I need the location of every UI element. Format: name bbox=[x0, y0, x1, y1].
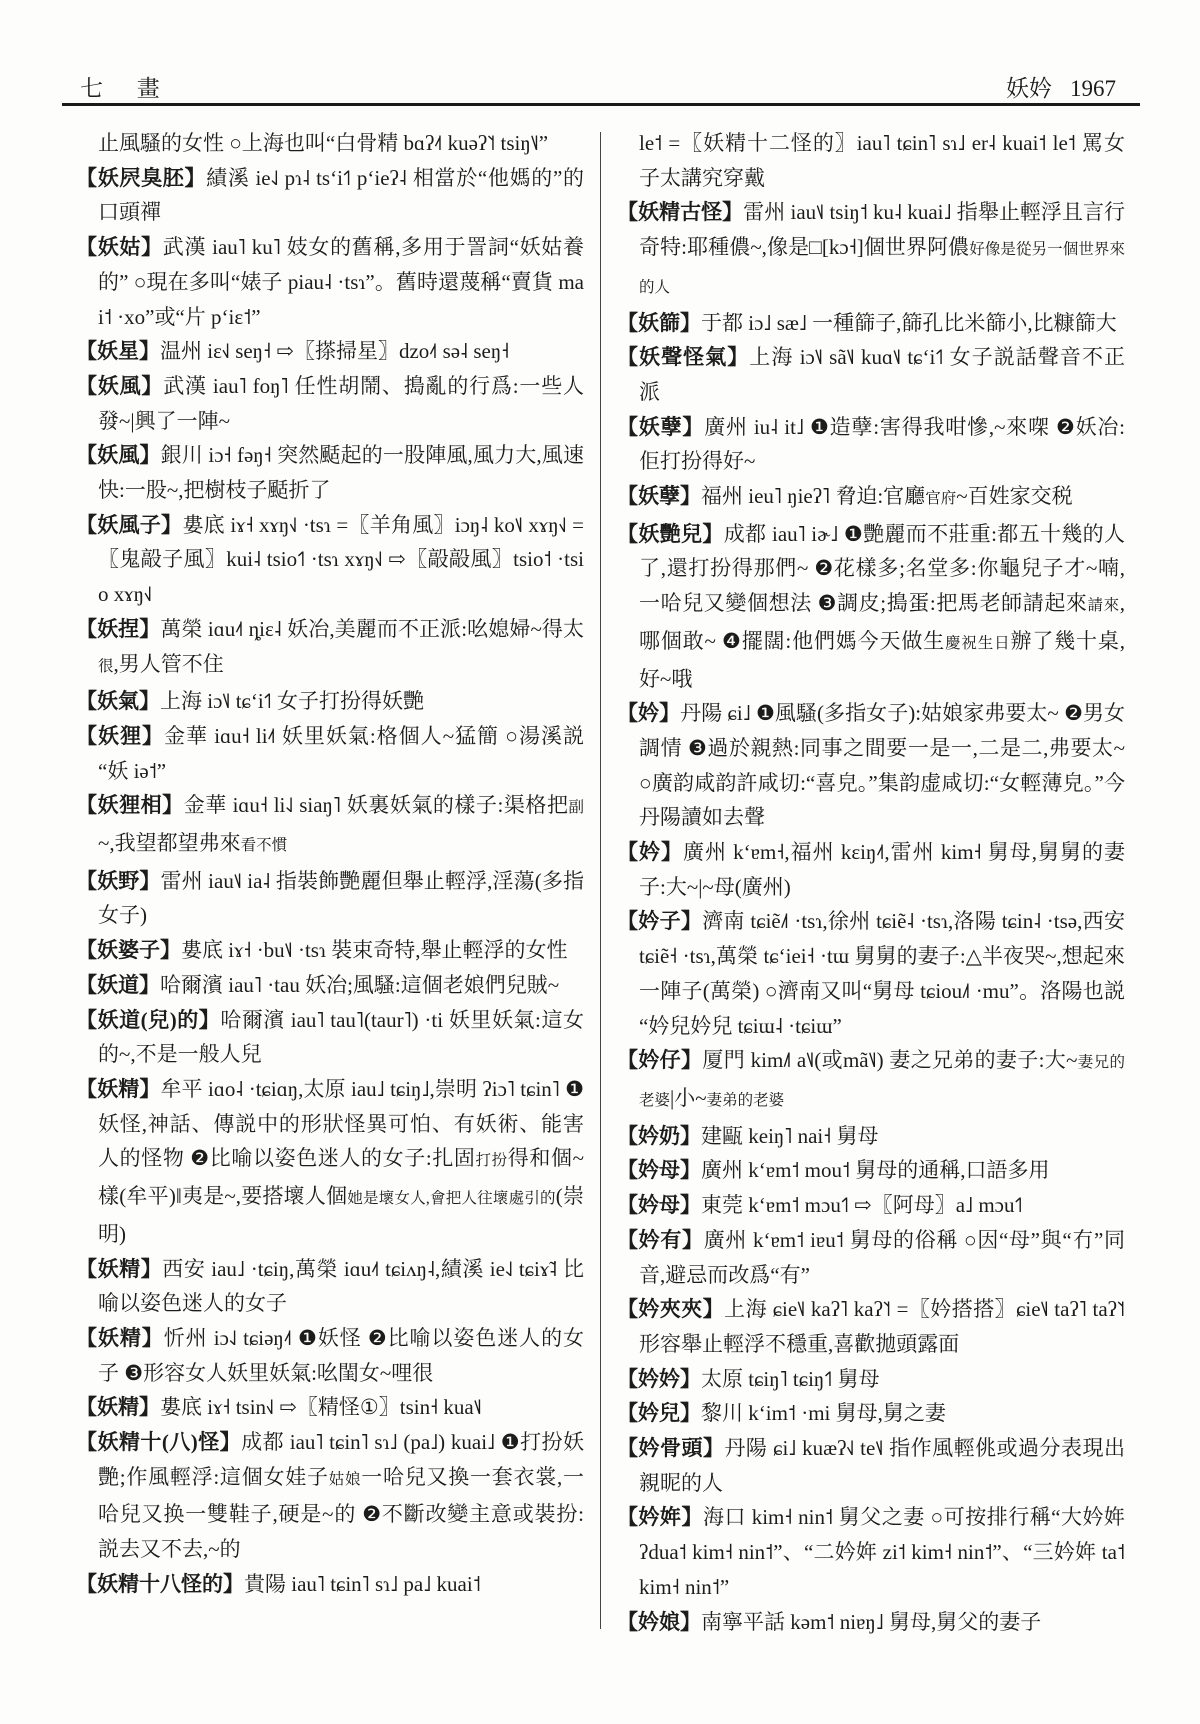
dict-entry: 【妗兒】黎川 kʻim˦ ·mi 舅母,舅之妻 bbox=[617, 1396, 1125, 1431]
entry-text: 哈爾濱 iau˥ ·tau 妖冶;風騷:這個老娘們兒賊~ bbox=[160, 973, 559, 997]
dict-entry: 【妖精】西安 iau˩ ·tɕiŋ,萬榮 iɑu˨˦ tɕiʌŋ˨,績溪 ie˨… bbox=[76, 1252, 584, 1321]
dictionary-page: 七 畫 妖妗1967 止風騷的女性 ○上海也叫“白骨精 bɑʔ˨˦ kuəʔ˥˦… bbox=[0, 0, 1200, 1724]
dict-entry: 【妗母】廣州 kʻɐm˦ mou˦ 舅母的通稱,口語多用 bbox=[617, 1153, 1125, 1188]
dict-entry: 【妖風子】婁底 iɤ˧ xɤŋ˧˩ ·tsɿ =〖羊角風〗iɔŋ˨ ko˦˩ x… bbox=[76, 508, 584, 612]
dict-entry: 【妖艷兒】成都 iau˥ iɚ˩ ❶艷麗而不莊重:都五十幾的人了,還打扮得那們~… bbox=[617, 517, 1125, 697]
entry-text: 福州 ieu˥ ŋieʔ˥ 脅迫:官廳 bbox=[701, 484, 925, 508]
dict-entry: 【妗】廣州 kʻɐm˧,福州 kɛiŋ˨˦,雷州 kim˧ 舅母,舅舅的妻子:大… bbox=[617, 835, 1125, 904]
headword: 【妖風】 bbox=[76, 374, 163, 398]
headword: 【妖精十八怪的】 bbox=[76, 1572, 244, 1596]
headword: 【妗仔】 bbox=[617, 1048, 702, 1072]
dict-entry: 【妖孽】廣州 iu˨ it˩ ❶造孽:害得我咁慘,~來㗎 ❷妖冶:佢打扮得好~ bbox=[617, 410, 1125, 479]
entry-text: 忻州 iɔ˨˩ tɕiəŋ˨˦ ❶妖怪 ❷比喻以姿色迷人的女子 ❸形容女人妖里妖… bbox=[98, 1326, 584, 1385]
dict-entry: 【妖精古怪】雷州 iau˦˩ tsiŋ˦ ku˨ kuai˩ 指舉止輕浮且言行奇… bbox=[617, 195, 1125, 305]
headword: 【妖精】 bbox=[76, 1395, 160, 1419]
dict-entry: 【妗奶】建甌 keiŋ˥ nai˧ 舅母 bbox=[617, 1119, 1125, 1154]
entry-text: 上海 iɔ˥˩ tɕʻi˦˥ 女子打扮得妖艷 bbox=[160, 689, 424, 713]
entry-text: 金華 iɑu˧ li˨˦ 妖里妖氣:格個人~猛簡 ○湯溪説“妖 iə˦” bbox=[98, 724, 584, 783]
dict-entry: 【妖風】銀川 iɔ˧ fəŋ˧ 突然颳起的一股陣風,風力大,風速快:一股~,把樹… bbox=[76, 438, 584, 507]
headword: 【妖捏】 bbox=[76, 617, 160, 641]
headword: 【妖孽】 bbox=[617, 415, 704, 439]
headword: 【妗子】 bbox=[617, 909, 702, 933]
small-gloss: 妻弟的老婆 bbox=[707, 1092, 785, 1109]
dict-entry: 【妗母】東莞 kʻɐm˦ mɔu˦˥ ⇨〖阿母〗a˩ mɔu˦˥ bbox=[617, 1188, 1125, 1223]
page-number: 1967 bbox=[1070, 76, 1116, 101]
headword: 【妗娘】 bbox=[617, 1610, 701, 1634]
entry-text: 建甌 keiŋ˥ nai˧ 舅母 bbox=[701, 1124, 879, 1148]
dict-entry: 【妖精】婁底 iɤ˧ tsin˧˩ ⇨〖精怪①〗tsin˧ kua˦˩ bbox=[76, 1390, 584, 1425]
headword: 【妖星】 bbox=[76, 339, 160, 363]
entry-text: 黎川 kʻim˦ ·mi 舅母,舅之妻 bbox=[701, 1401, 946, 1425]
entry-text: le˦ =〖妖精十二怪的〗iau˥ tɕin˥ sɿ˩ er˨ kuai˦ le… bbox=[639, 131, 1125, 190]
header-right: 妖妗1967 bbox=[1006, 70, 1116, 103]
entry-text: 廣州 kʻɐm˧,福州 kɛiŋ˨˦,雷州 kim˧ 舅母,舅舅的妻子:大~|~… bbox=[639, 840, 1125, 899]
entry-text: 丹陽 ɕi˩ ❶風騷(多指女子):姑娘家弗要太~ ❷男女調情 ❸過於親熱:同事之… bbox=[639, 701, 1125, 829]
dict-entry: 【妖風】武漢 iau˥ foŋ˥ 任性胡鬧、搗亂的行爲:一些人發~|興了一陣~ bbox=[76, 369, 584, 438]
headword: 【妗奶】 bbox=[617, 1124, 701, 1148]
dict-entry: 【妖道(兒)的】哈爾濱 iau˥ tau˥(taur˥) ·ti 妖里妖氣:這女… bbox=[76, 1003, 584, 1072]
dict-entry: 【妗妗】太原 tɕiŋ˥ tɕiŋ˦˥ 舅母 bbox=[617, 1362, 1125, 1397]
headword: 【妖道(兒)的】 bbox=[76, 1008, 220, 1032]
headword: 【妖精十(八)怪】 bbox=[76, 1430, 241, 1454]
headword: 【妖精】 bbox=[76, 1326, 164, 1350]
entry-text: 武漢 iau˥ ku˥ 妓女的舊稱,多用于詈詞“妖姑養的” ○現在多叫“婊子 p… bbox=[98, 235, 584, 328]
headword: 【妗母】 bbox=[617, 1193, 701, 1217]
entry-text: 濟南 tɕiẽ˩˦ ·tsɿ,徐州 tɕiẽ˨ ·tsɿ,洛陽 tɕin˨ ·t… bbox=[639, 909, 1125, 1037]
dict-entry: 【妖捏】萬榮 iɑu˨˦ ȵiɛ˨ 妖冶,美麗而不正派:吆媳婦~得太很,男人管不… bbox=[76, 612, 584, 684]
headword: 【妖艷兒】 bbox=[617, 522, 724, 546]
headword: 【妖屄臭胚】 bbox=[76, 166, 206, 190]
entry-text: 廣州 kʻɐm˦ mou˦ 舅母的通稱,口語多用 bbox=[701, 1158, 1050, 1182]
dict-entry: 【妗有】廣州 kʻɐm˦ iɐu˦ 舅母的俗稱 ○因“母”與“冇”同音,避忌而改… bbox=[617, 1223, 1125, 1292]
small-gloss: 官府 bbox=[925, 490, 956, 507]
small-gloss: 副 bbox=[569, 799, 585, 816]
guide-word: 妖妗 bbox=[1006, 76, 1052, 101]
entry-text: 南寧平話 kəm˦ niɐŋ˩ 舅母,舅父的妻子 bbox=[701, 1610, 1041, 1634]
dict-entry: 【妖精十(八)怪】成都 iau˥ tɕin˥ sɿ˩ (pa˩) kuai˩ ❶… bbox=[76, 1425, 584, 1567]
headword: 【妗母】 bbox=[617, 1158, 701, 1182]
header-rule bbox=[62, 103, 1140, 106]
entry-text: 厦門 kim˩˥ a˥˩(或mã˥˩) 妻之兄弟的妻子:大~ bbox=[702, 1048, 1077, 1072]
headword: 【妗姩】 bbox=[617, 1505, 703, 1529]
entry-text: 東莞 kʻɐm˦ mɔu˦˥ ⇨〖阿母〗a˩ mɔu˦˥ bbox=[701, 1193, 1023, 1217]
small-gloss: 請來 bbox=[1088, 597, 1120, 614]
dict-entry: 【妖氣】上海 iɔ˥˩ tɕʻi˦˥ 女子打扮得妖艷 bbox=[76, 684, 584, 719]
headword: 【妖狸】 bbox=[76, 724, 164, 748]
entry-text: 海口 kim˧ nin˦ 舅父之妻 ○可按排行稱“大妗姩 ʔdua˦ kim˧ … bbox=[639, 1505, 1125, 1598]
entry-text: 金華 iɑu˧ li˨˩ siaŋ˥ 妖裏妖氣的樣子:渠格把 bbox=[184, 793, 569, 817]
dict-entry: 【妗】丹陽 ɕi˩ ❶風騷(多指女子):姑娘家弗要太~ ❷男女調情 ❸過於親熱:… bbox=[617, 696, 1125, 835]
section-label: 七 畫 bbox=[80, 70, 174, 103]
entry-text: 武漢 iau˥ foŋ˥ 任性胡鬧、搗亂的行爲:一些人發~|興了一陣~ bbox=[98, 374, 584, 433]
dict-entry: 【妖篩】于都 iɔ˩ sæ˩ 一種篩子,篩孔比米篩小,比糠篩大 bbox=[617, 306, 1125, 341]
headword: 【妖狸相】 bbox=[76, 793, 184, 817]
small-gloss: 慶祝生日 bbox=[945, 635, 1010, 652]
headword: 【妗骨頭】 bbox=[617, 1436, 724, 1460]
entry-text: 雷州 iau˦˩ ia˨ 指裝飾艷麗但舉止輕浮,淫蕩(多指女子) bbox=[98, 869, 584, 928]
page-content: 止風騷的女性 ○上海也叫“白骨精 bɑʔ˨˦ kuəʔ˥˦ tsiŋ˥˩”【妖屄… bbox=[76, 126, 1126, 1639]
dict-entry: 【妖野】雷州 iau˦˩ ia˨ 指裝飾艷麗但舉止輕浮,淫蕩(多指女子) bbox=[76, 864, 584, 933]
dict-entry: 【妖精】忻州 iɔ˨˩ tɕiəŋ˨˦ ❶妖怪 ❷比喻以姿色迷人的女子 ❸形容女… bbox=[76, 1321, 584, 1390]
dict-entry: 【妖姑】武漢 iau˥ ku˥ 妓女的舊稱,多用于詈詞“妖姑養的” ○現在多叫“… bbox=[76, 230, 584, 334]
headword: 【妖孽】 bbox=[617, 484, 701, 508]
small-gloss: 看不慣 bbox=[241, 837, 288, 854]
headword: 【妖姑】 bbox=[76, 235, 163, 259]
entry-text: 婁底 iɤ˧ ·bu˦˩ ·tsɿ 裝束奇特,舉止輕浮的女性 bbox=[181, 938, 567, 962]
dict-entry: 【妖聲怪氣】上海 iɔ˥˩ sã˥˩ kuɑ˦˩ tɕʻi˦˥ 女子説話聲音不正… bbox=[617, 340, 1125, 409]
dict-entry: 【妖星】温州 iɛ˧˩ seŋ˧ ⇨〖搽掃星〗dzo˨˦ sə˨ seŋ˧ bbox=[76, 334, 584, 369]
entry-text: 銀川 iɔ˧ fəŋ˧ 突然颳起的一股陣風,風力大,風速快:一股~,把樹枝子颳折… bbox=[98, 443, 584, 502]
headword: 【妗有】 bbox=[617, 1228, 704, 1252]
dict-entry: 【妖狸相】金華 iɑu˧ li˨˩ siaŋ˥ 妖裏妖氣的樣子:渠格把副~,我望… bbox=[76, 788, 584, 863]
headword: 【妖野】 bbox=[76, 869, 161, 893]
dict-entry: 【妗娘】南寧平話 kəm˦ niɐŋ˩ 舅母,舅父的妻子 bbox=[617, 1605, 1125, 1640]
entry-text: ,男人管不住 bbox=[114, 652, 224, 676]
dict-entry: 【妖精】牟平 iɑo˨ ·tɕiɑŋ,太原 iau˩ tɕiŋ˩,崇明 ʔiɔ˥… bbox=[76, 1072, 584, 1252]
headword: 【妖精】 bbox=[76, 1257, 162, 1281]
right-column: le˦ =〖妖精十二怪的〗iau˥ tɕin˥ sɿ˩ er˨ kuai˦ le… bbox=[617, 126, 1125, 1639]
entry-text: |小~ bbox=[670, 1086, 707, 1110]
headword: 【妖精古怪】 bbox=[617, 200, 743, 224]
entry-text: 西安 iau˩ ·tɕiŋ,萬榮 iɑu˨˦ tɕiʌŋ˨,績溪 ie˨˩ tɕ… bbox=[98, 1257, 584, 1316]
entry-text: 止風騷的女性 ○上海也叫“白骨精 bɑʔ˨˦ kuəʔ˥˦ tsiŋ˥˩” bbox=[98, 131, 548, 155]
entry-text: 貴陽 iau˥ tɕin˥ sɿ˩ pa˩ kuai˦ bbox=[244, 1572, 481, 1596]
small-gloss: 很 bbox=[98, 658, 114, 675]
headword: 【妗兒】 bbox=[617, 1401, 701, 1425]
dict-entry: 【妖婆子】婁底 iɤ˧ ·bu˦˩ ·tsɿ 裝束奇特,舉止輕浮的女性 bbox=[76, 933, 584, 968]
entry-text: 廣州 kʻɐm˦ iɐu˦ 舅母的俗稱 ○因“母”與“冇”同音,避忌而改爲“有” bbox=[639, 1228, 1125, 1287]
dict-entry: 【妖精十八怪的】貴陽 iau˥ tɕin˥ sɿ˩ pa˩ kuai˦ bbox=[76, 1567, 584, 1602]
entry-text: 婁底 iɤ˧ tsin˧˩ ⇨〖精怪①〗tsin˧ kua˦˩ bbox=[160, 1395, 482, 1419]
dict-entry: 【妗子】濟南 tɕiẽ˩˦ ·tsɿ,徐州 tɕiẽ˨ ·tsɿ,洛陽 tɕin… bbox=[617, 904, 1125, 1043]
headword: 【妗】 bbox=[617, 840, 683, 864]
entry-text: 萬榮 iɑu˨˦ ȵiɛ˨ 妖冶,美麗而不正派:吆媳婦~得太 bbox=[160, 617, 584, 641]
dict-entry: 【妖道】哈爾濱 iau˥ ·tau 妖冶;風騷:這個老娘們兒賊~ bbox=[76, 968, 584, 1003]
headword: 【妖道】 bbox=[76, 973, 160, 997]
entry-text: 廣州 iu˨ it˩ ❶造孽:害得我咁慘,~來㗎 ❷妖冶:佢打扮得好~ bbox=[639, 415, 1125, 474]
left-column: 止風騷的女性 ○上海也叫“白骨精 bɑʔ˨˦ kuəʔ˥˦ tsiŋ˥˩”【妖屄… bbox=[76, 126, 584, 1639]
dict-entry: 【妗骨頭】丹陽 ɕi˩ kuæʔ˧˩ te˦˩ 指作風輕佻或過分表現出親昵的人 bbox=[617, 1431, 1125, 1500]
dict-entry-continuation: le˦ =〖妖精十二怪的〗iau˥ tɕin˥ sɿ˩ er˨ kuai˦ le… bbox=[617, 126, 1125, 195]
dict-entry-continuation: 止風騷的女性 ○上海也叫“白骨精 bɑʔ˨˦ kuəʔ˥˦ tsiŋ˥˩” bbox=[76, 126, 584, 161]
headword: 【妗妗】 bbox=[617, 1367, 701, 1391]
dict-entry: 【妖屄臭胚】績溪 ie˨˩ pɿ˨ tsʻi˦˥ pʻieʔ˨ 相當於“他媽的”… bbox=[76, 161, 584, 230]
dict-entry: 【妖孽】福州 ieu˥ ŋieʔ˥ 脅迫:官廳官府~百姓家交税 bbox=[617, 479, 1125, 517]
entry-text: 温州 iɛ˧˩ seŋ˧ ⇨〖搽掃星〗dzo˨˦ sə˨ seŋ˧ bbox=[160, 339, 509, 363]
headword: 【妖風子】 bbox=[76, 513, 182, 537]
small-gloss: 姑娘 bbox=[329, 1471, 362, 1488]
headword: 【妖精】 bbox=[76, 1077, 160, 1101]
small-gloss: 她是壞女人,會把人往壞處引的 bbox=[347, 1190, 555, 1207]
entry-text: ~百姓家交税 bbox=[956, 484, 1072, 508]
dict-entry: 【妗夾夾】上海 ɕie˥˩ kaʔ˥ kaʔ˥˦ =〖妗搭搭〗ɕie˥˩ taʔ… bbox=[617, 1292, 1125, 1361]
page-header: 七 畫 妖妗1967 bbox=[80, 70, 1116, 103]
headword: 【妗】 bbox=[617, 701, 680, 725]
headword: 【妖婆子】 bbox=[76, 938, 181, 962]
small-gloss: 打扮 bbox=[476, 1152, 508, 1169]
headword: 【妖聲怪氣】 bbox=[617, 345, 749, 369]
entry-text: 太原 tɕiŋ˥ tɕiŋ˦˥ 舅母 bbox=[701, 1367, 880, 1391]
headword: 【妖風】 bbox=[76, 443, 161, 467]
column-divider bbox=[600, 132, 601, 1629]
headword: 【妖氣】 bbox=[76, 689, 160, 713]
dict-entry: 【妖狸】金華 iɑu˧ li˨˦ 妖里妖氣:格個人~猛簡 ○湯溪説“妖 iə˦” bbox=[76, 719, 584, 788]
headword: 【妖篩】 bbox=[617, 311, 701, 335]
entry-text: ~,我望都望弗來 bbox=[98, 831, 241, 855]
entry-text: 于都 iɔ˩ sæ˩ 一種篩子,篩孔比米篩小,比糠篩大 bbox=[701, 311, 1117, 335]
dict-entry: 【妗姩】海口 kim˧ nin˦ 舅父之妻 ○可按排行稱“大妗姩 ʔdua˦ k… bbox=[617, 1500, 1125, 1604]
headword: 【妗夾夾】 bbox=[617, 1297, 724, 1321]
dict-entry: 【妗仔】厦門 kim˩˥ a˥˩(或mã˥˩) 妻之兄弟的妻子:大~妻兄的老婆|… bbox=[617, 1043, 1125, 1118]
